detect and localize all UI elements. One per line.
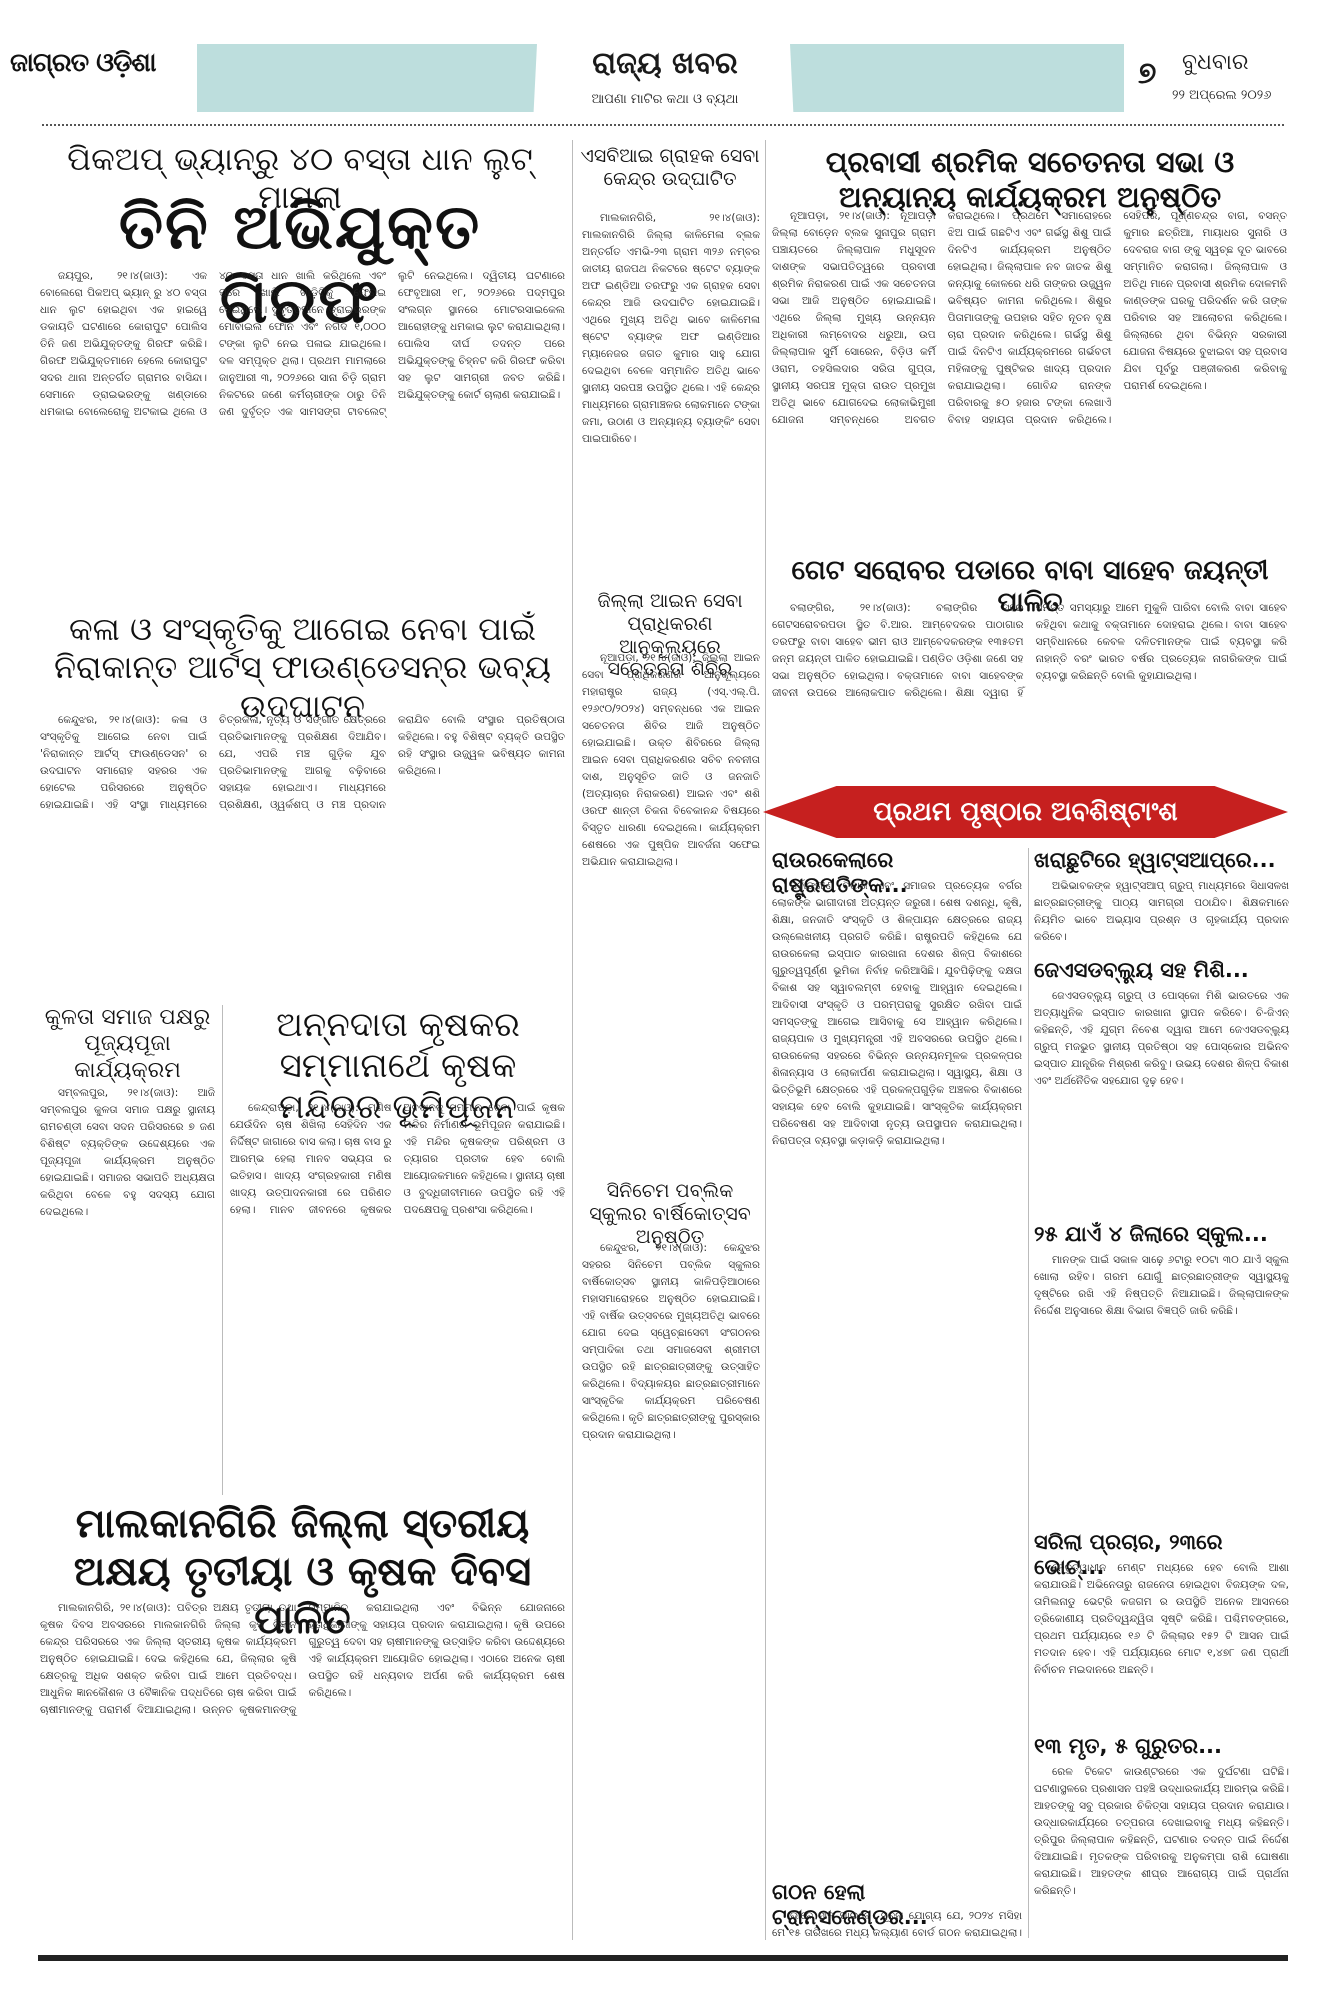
masthead-band-left	[197, 44, 537, 112]
cont-body-rourkela: ସର୍ବାଙ୍ଗୀଣ ବିକାଶ ଏବଂ ସମାଜର ପ୍ରତ୍ୟେକ ବର୍ଗ…	[772, 878, 1022, 1878]
cont-body-summer: ଅଭିଭାବକଙ୍କ ହ୍ୱାଟ୍ସଆପ୍ ଗ୍ରୁପ୍ ମାଧ୍ୟମରେ ସି…	[1034, 878, 1289, 953]
kulta-headline: କୁଳତା ସମାଜ ପକ୍ଷରୁ ପୂଜ୍ୟପୂଜା କାର୍ଯ୍ୟକ୍ରମ	[40, 1005, 215, 1084]
masthead-divider	[42, 124, 1284, 126]
kulta-body: ସମ୍ବଲପୁର, ୨୧।୪(ଜାଓ): ଆଜି ସମ୍ବଲପୁର କୁଳତା …	[40, 1085, 215, 1495]
migrant-body: ନୂଆପଡ଼ା, ୨୧।୪(ଜାଓ): ନୂଆପଡ଼ା ଜିଲ୍ଲା ବୋଡ଼େ…	[772, 208, 1287, 548]
sbi-body: ମାଲକାନଗିରି, ୨୧।୪(ଜାଓ): ମାଲକାନଗିରି ଜିଲ୍ଲା…	[582, 210, 760, 585]
cont-body-transgender: ଭାବେ ସ୍ଥାନ ପାଇବେ। ସୂଚନା ଯୋଗ୍ୟ ଯେ, ୨୦୨୪ ମ…	[772, 1908, 1022, 1948]
issue-date: ୨୨ ଅପ୍ରେଲ ୨୦୨୬	[1172, 88, 1271, 103]
cinema-body: କେନ୍ଦୁଝର, ୨୧।୪(ଜାଓ): କେନ୍ଦୁଝର ସହରର ସିନିଚ…	[582, 1240, 760, 1940]
pickup-body: ଜୟପୁର, ୨୧।୪(ଜାଓ): ଏକ ବୋଲେରୋ ପିକଅପ୍ ଭ୍ୟାନ…	[40, 268, 565, 608]
cinema-headline: ସିନିଚେମ ପବ୍ଲିକ ସ୍କୁଲର ବାର୍ଷିକୋତ୍ସବ ଅନୁଷ୍…	[580, 1180, 760, 1248]
weekday: ବୁଧବାର	[1182, 50, 1249, 75]
cont-body-school: ମାନଙ୍କ ପାଇଁ ସକାଳ ସାଢ଼େ ୬ଟାରୁ ୧୦ଟା ୩୦ ଯାଏ…	[1034, 1252, 1289, 1527]
akshaya-body: ମାଲକାନଗିରି, ୨୧।୪(ଜାଓ): ପବିତ୍ର ଅକ୍ଷୟ ତୃତୀ…	[40, 1600, 565, 1940]
section-subtitle: ଆପଣା ମାଟିର କଥା ଓ ବ୍ୟଥା	[540, 92, 790, 107]
column-rule	[572, 140, 573, 1940]
footer-rule	[38, 1955, 1288, 1961]
page-number: ୭	[1138, 56, 1156, 91]
masthead-band-right	[790, 44, 1124, 112]
migrant-headline: ପ୍ରବାସୀ ଶ୍ରମିକ ସଚେତନତା ସଭା ଓ ଅନ୍ୟାନ୍ୟ କା…	[770, 145, 1290, 215]
sbi-headline: ଏସବିଆଇ ଗ୍ରାହକ ସେବା କେନ୍ଦ୍ର ଉଦ୍‌ଘାଟିତ	[580, 145, 760, 191]
column-rule	[1028, 848, 1029, 1938]
continuation-banner: ପ୍ରଥମ ପୃଷ୍ଠାର ଅବଶିଷ୍ଟାଂଶ	[763, 786, 1288, 838]
cont-headline-jsw: ଜେଏସଡବ୍ଲ୍ୟୁ ସହ ମିଶି...	[1034, 958, 1289, 983]
cont-body-election: ନେତୃତ୍ୱାଧୀନ ମେଣ୍ଟ ମଧ୍ୟରେ ହେବ ବୋଲି ଆଶା କର…	[1034, 1560, 1289, 1730]
legal-body: ନୂଆପଡ଼ା, ୨୧।୪(ଜାଓ): ଜିଲ୍ଲା ଆଇନ ସେବା ପ୍ରା…	[582, 650, 760, 1170]
cont-body-jsw: ଜେଏସଡବ୍ଲ୍ୟୁ ଗ୍ରୁପ୍ ଓ ପୋସ୍କୋ ମିଶି ଭାରତରେ …	[1034, 988, 1289, 1220]
cont-headline-accident: ୧୩ ମୃତ, ୫ ଗୁରୁତର...	[1034, 1734, 1289, 1759]
newspaper-brand: ଜାଗ୍ରତ ଓଡ଼ିଶା	[10, 48, 156, 79]
cont-headline-school: ୨୫ ଯାଏଁ ୪ ଜିଲାରେ ସ୍କୁଲ...	[1034, 1222, 1289, 1247]
section-title: ରାଜ୍ୟ ଖବର	[540, 46, 790, 81]
farmer-body: କେନ୍ଦ୍ରାପଡ଼ା, ୨୧।୪(ଜାଓ): ମଣିଷ ଯେଉଁଦିନ ଚା…	[230, 1100, 565, 1495]
cont-headline-summer: ଖରାଛୁଟିରେ ହ୍ୱାଟ୍ସଆପ୍‌ରେ...	[1034, 848, 1289, 873]
arts-headline: କଳା ଓ ସଂସ୍କୃତିକୁ ଆଗେଇ ନେବା ପାଇଁ ନିରାକାନ୍…	[40, 610, 565, 725]
cont-body-accident: ରେଳ ଟିକେଟ କାଉଣ୍ଟରରେ ଏକ ଦୁର୍ଘଟଣା ଘଟିଛି। ଘ…	[1034, 1764, 1289, 1944]
column-rule	[765, 140, 766, 1940]
arts-body: କେନ୍ଦୁଝର, ୨୧।୪(ଜାଓ): କଳା ଓ ସଂସ୍କୃତିକୁ ଆଗ…	[40, 712, 565, 1002]
ambedkar-body: ବଲାଙ୍ଗିର, ୨୧।୪(ଜାଓ): ବଲାଙ୍ଗିର ସହର ଗେଟସରୋ…	[772, 600, 1287, 780]
column-rule	[222, 1005, 223, 1495]
